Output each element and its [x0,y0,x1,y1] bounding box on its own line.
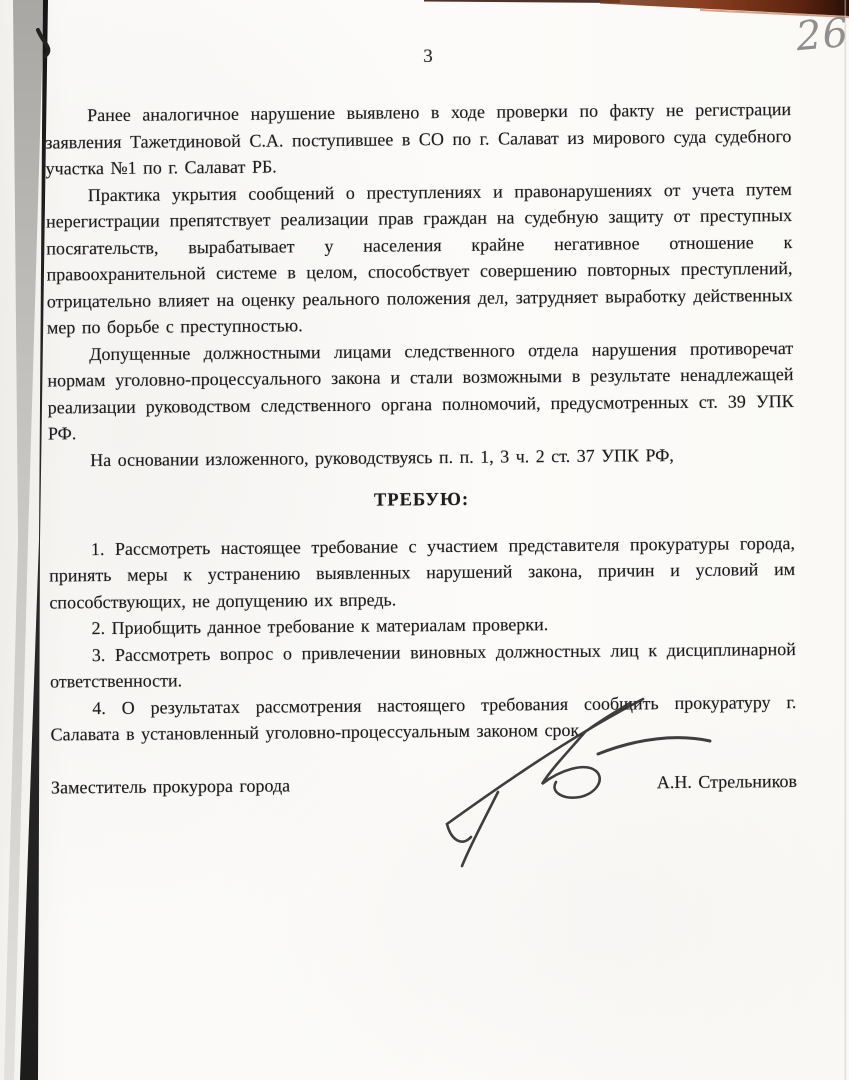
signature-block: Заместитель прокурора города А.Н. Стрель… [51,767,797,800]
numbered-item-4: 4. О результатах рассмотрения настоящего… [50,688,796,748]
page-number: 3 [406,46,450,68]
signatory-title: Заместитель прокурора города [51,772,290,801]
handwritten-page-number: 26 [794,10,849,60]
document-body: Ранее аналогичное нарушение выявлено в х… [45,96,797,800]
scanned-document-page: 3 26 Ранее аналогичное нарушение выявлен… [0,0,849,1080]
requirement-heading: ТРЕБУЮ: [48,484,794,517]
signatory-name: А.Н. Стрельников [657,767,797,795]
numbered-item-3: 3. Рассмотреть вопрос о привлечении вино… [50,635,796,695]
paragraph-prior-violation: Ранее аналогичное нарушение выявлено в х… [45,96,792,182]
pen-hook-mark [38,30,48,56]
paragraph-concealment-practice: Практика укрытия сообщений о преступлени… [46,175,793,341]
numbered-item-1: 1. Рассмотреть настоящее требование с уч… [49,529,796,615]
paragraph-violations-cause: Допущенные должностными лицами следствен… [47,334,794,447]
paragraph-legal-basis: На основании изложенного, руководствуясь… [48,440,794,473]
scan-artifact-top-bar [0,0,849,22]
